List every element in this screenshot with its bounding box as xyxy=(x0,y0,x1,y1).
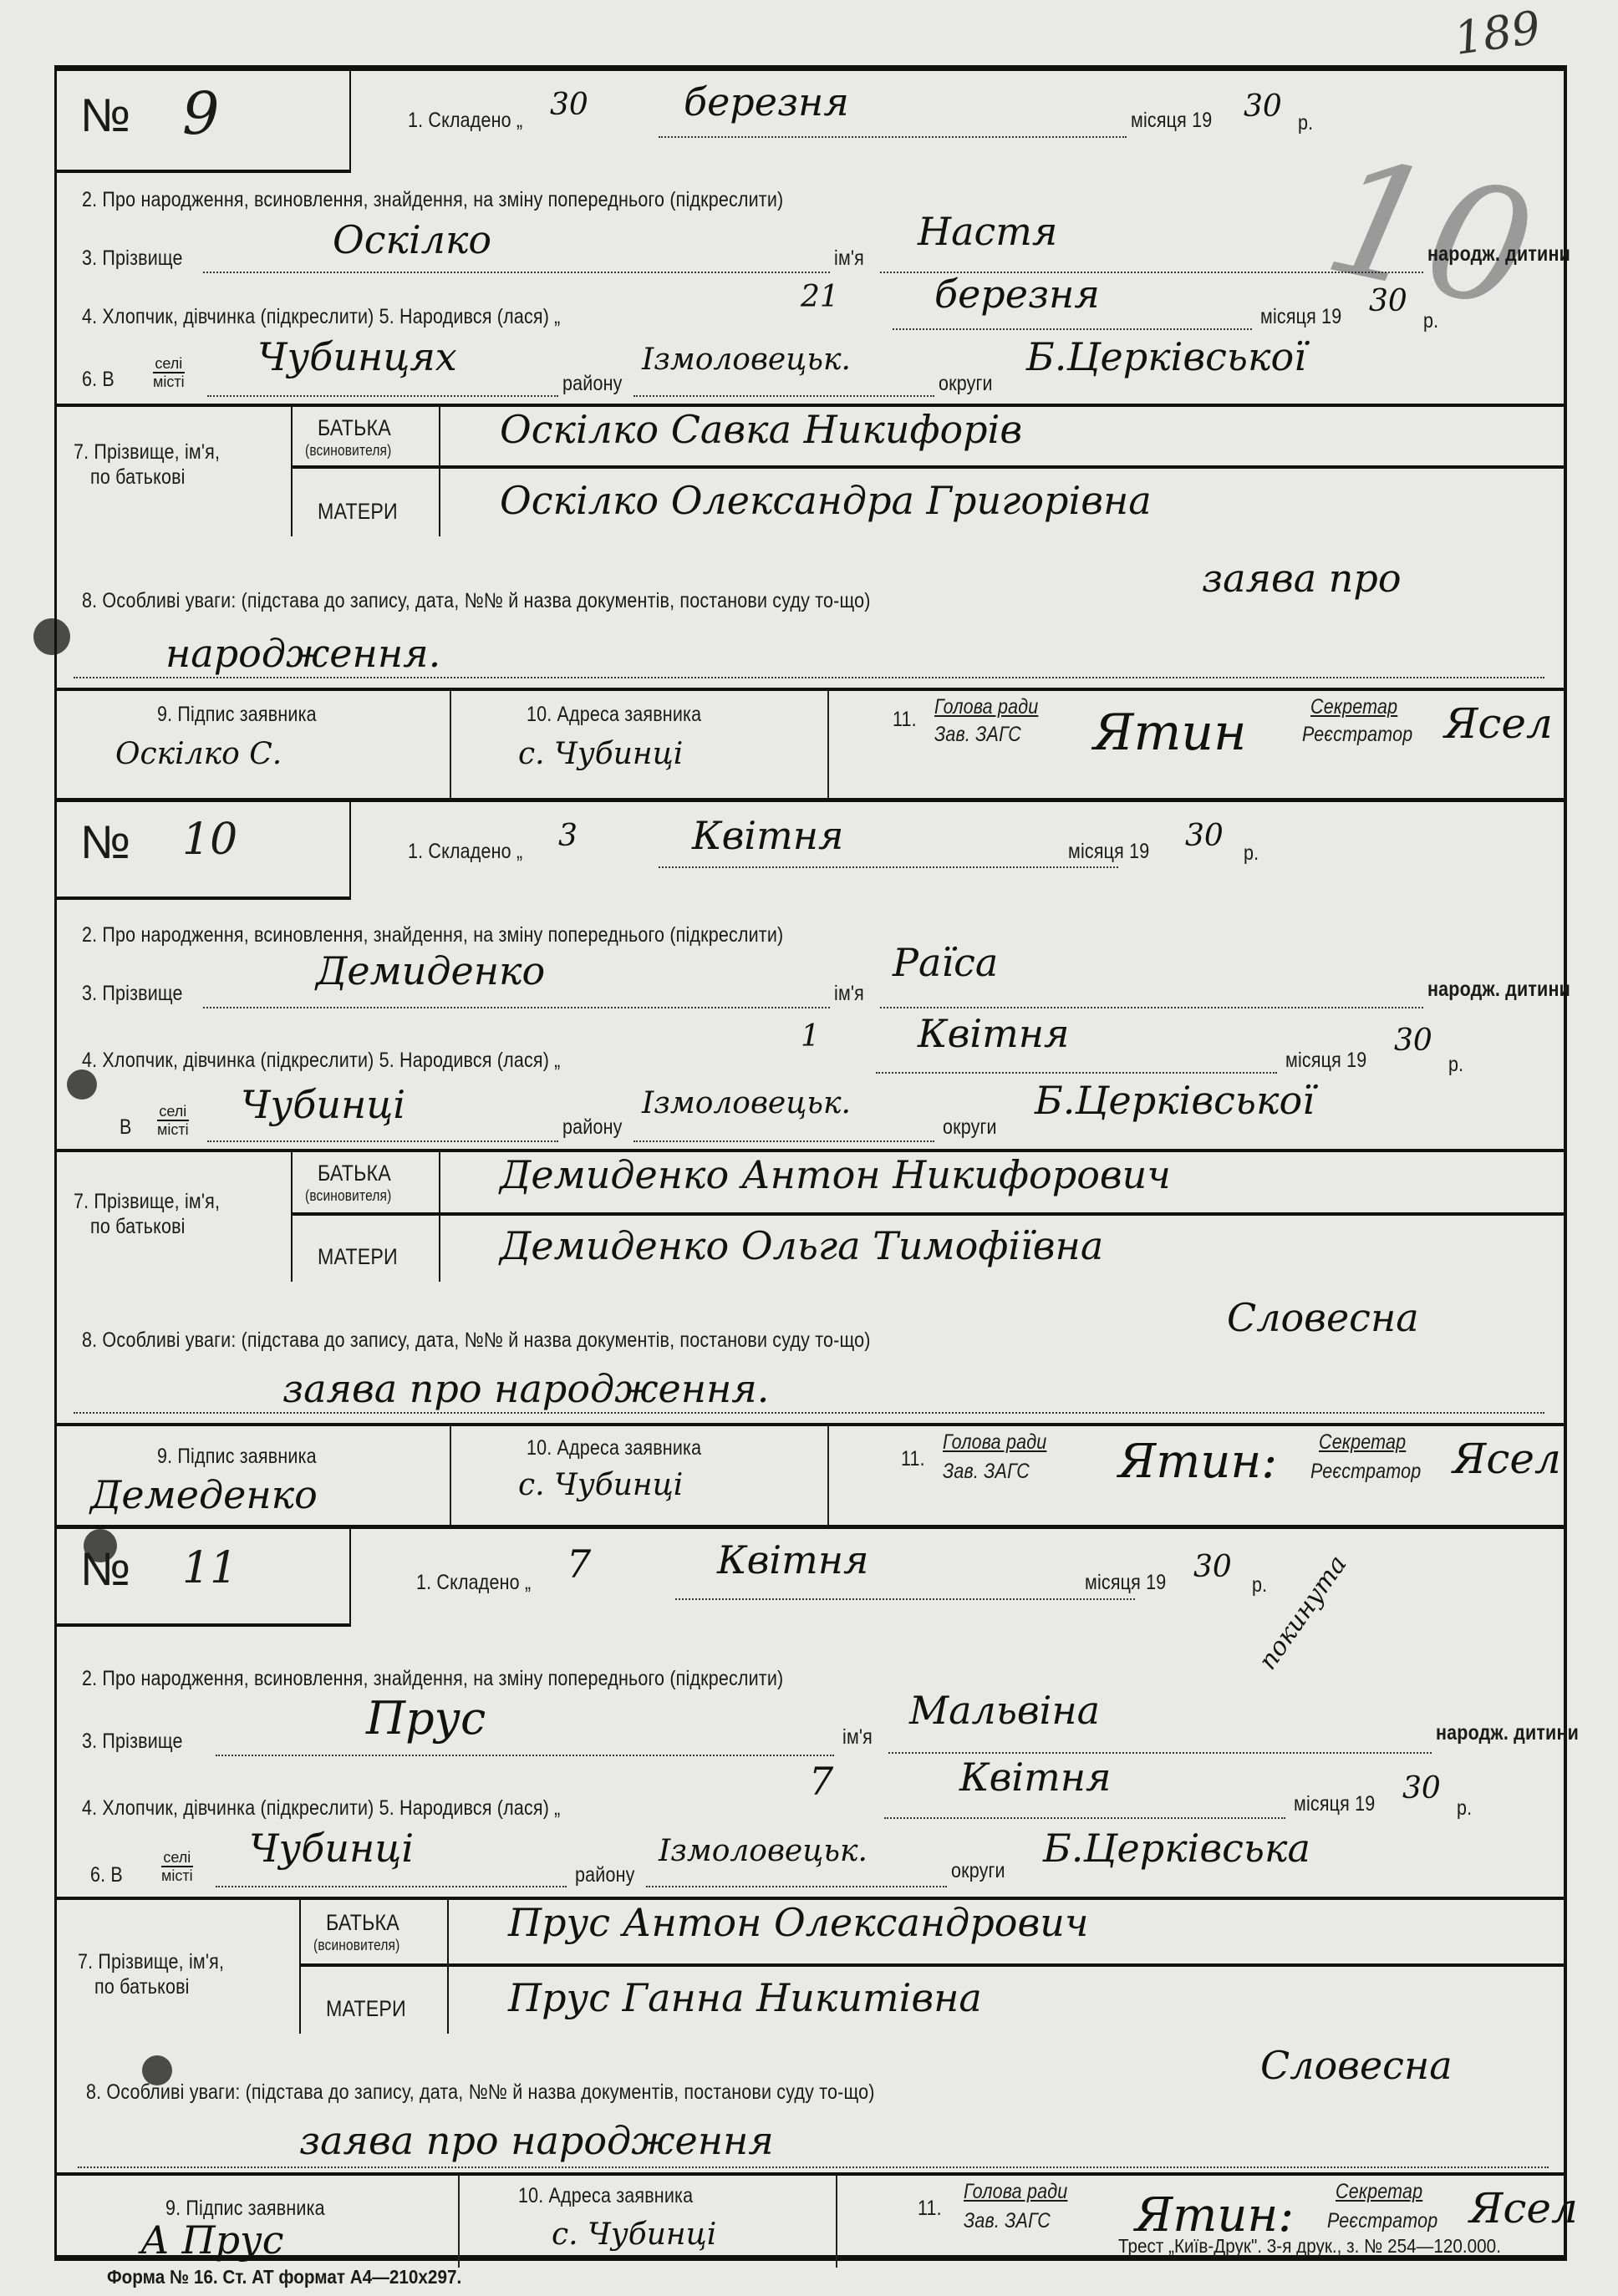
notes-line1: Словесна xyxy=(1227,1295,1419,1340)
surname-label: 3. Прізвище xyxy=(82,1730,183,1754)
year-suffix: р. xyxy=(1298,111,1313,135)
gender-label: 4. Хлопчик, дівчинка (підкреслити) 5. На… xyxy=(82,1049,561,1073)
notes-label: 8. Особливі уваги: (підстава до запису, … xyxy=(82,1328,871,1353)
father-value: Демиденко Антон Никифорович xyxy=(500,1152,1171,1197)
surname-value: Оскілко xyxy=(333,217,491,262)
surname-label: 3. Прізвище xyxy=(82,982,183,1006)
secretary-signature: Ясел xyxy=(1444,699,1553,748)
child-label: народж. дитини xyxy=(1427,242,1570,267)
parents-section: 7. Прізвище, ім'я, по батькові БАТЬКА (в… xyxy=(57,1149,1564,1282)
applicant-sign-value: Демеденко xyxy=(90,1472,318,1517)
mother-label: МАТЕРИ xyxy=(318,1244,398,1270)
head-label: Голова ради xyxy=(934,695,1038,719)
form-footer-right: Трест „Київ-Друк". 3-я друк., з. № 254—1… xyxy=(1118,2235,1501,2258)
page-number: 189 xyxy=(1451,1,1544,65)
applicant-sign-label: 9. Підпис заявника xyxy=(157,703,317,727)
mother-label: МАТЕРИ xyxy=(318,499,398,525)
child-label: народж. дитини xyxy=(1436,1721,1579,1745)
surname-label: 3. Прізвище xyxy=(82,246,183,271)
applicant-address-value: с. Чубинці xyxy=(552,2217,716,2252)
notes-line1: Словесна xyxy=(1260,2043,1453,2088)
birth-year: 30 xyxy=(1369,284,1407,318)
mother-value: Оскілко Олександра Григорівна xyxy=(500,478,1152,523)
notes-line2: народження. xyxy=(165,631,440,676)
name-label: ім'я xyxy=(842,1725,873,1750)
gender-label: 4. Хлопчик, дівчинка (підкреслити) 5. На… xyxy=(82,1796,561,1821)
in-label: 6. В xyxy=(82,368,114,392)
fio-label: 7. Прізвище, ім'я, xyxy=(78,1950,224,1974)
applicant-address-value: с. Чубинці xyxy=(518,1468,683,1502)
mother-value: Прус Ганна Никитівна xyxy=(508,1975,982,2020)
head-label: Голова ради xyxy=(964,2180,1067,2204)
father-value: Прус Антон Олександрович xyxy=(508,1900,1089,1945)
record-number: 9 xyxy=(182,79,220,148)
applicant-sign-value: Оскілко С. xyxy=(115,737,282,771)
signatures-section: 9. Підпис заявника Оскілко С. 10. Адреса… xyxy=(57,688,1564,801)
district-label: району xyxy=(562,1115,623,1140)
notes-label: 8. Особливі уваги: (підстава до запису, … xyxy=(82,589,871,613)
composed-year: 30 xyxy=(1185,819,1224,853)
number-sign: № xyxy=(80,88,130,142)
village-town-fraction: селі місті xyxy=(161,1849,193,1884)
in-label: 6. В xyxy=(90,1863,123,1887)
zags-label: Зав. ЗАГС xyxy=(934,723,1021,747)
year-suffix: р. xyxy=(1457,1796,1472,1821)
composed-day: 30 xyxy=(550,88,588,122)
number-sign: № xyxy=(80,815,130,869)
composed-label: 1. Складено „ xyxy=(408,109,522,133)
birth-year: 30 xyxy=(1402,1771,1441,1806)
mother-label: МАТЕРИ xyxy=(326,1996,406,2022)
name-value: Настя xyxy=(918,209,1057,254)
father-sub-label: (всиновителя) xyxy=(313,1937,399,1954)
applicant-address-label: 10. Адреса заявника xyxy=(527,703,701,727)
parents-section: 7. Прізвище, ім'я, по батькові БАТЬКА (в… xyxy=(57,1897,1564,2034)
year-suffix: р. xyxy=(1423,309,1438,333)
record-number: 11 xyxy=(182,1543,237,1593)
applicant-address-label: 10. Адреса заявника xyxy=(527,1436,701,1460)
birth-month: березня xyxy=(934,272,1100,317)
okrug-label: округи xyxy=(939,372,993,396)
birth-month-year-label: місяця 19 xyxy=(1285,1049,1366,1073)
record-number-box: № 11 xyxy=(57,1525,351,1627)
birth-day: 7 xyxy=(809,1759,833,1804)
applicant-address-label: 10. Адреса заявника xyxy=(518,2184,693,2208)
head-label: Голова ради xyxy=(943,1430,1046,1455)
applicant-address-value: с. Чубинці xyxy=(518,737,683,771)
okrug-value: Б.Церківської xyxy=(1026,334,1306,379)
district-label: району xyxy=(562,372,623,396)
mother-value: Демиденко Ольга Тимофіївна xyxy=(500,1223,1103,1268)
notes-line1: заява про xyxy=(1202,556,1402,601)
notes-line2: заява про народження. xyxy=(282,1366,769,1411)
father-value: Оскілко Савка Никифорів xyxy=(500,407,1022,452)
gender-label: 4. Хлопчик, дівчинка (підкреслити) 5. На… xyxy=(82,305,561,329)
village-value: Чубинці xyxy=(241,1082,405,1127)
head-signature: Ятин xyxy=(1093,704,1247,762)
okrug-label: округи xyxy=(951,1859,1005,1883)
head-signature: Ятин: xyxy=(1118,1435,1277,1489)
record-number: 10 xyxy=(182,815,237,865)
item11-label: 11. xyxy=(918,2197,942,2221)
name-value: Мальвіна xyxy=(909,1688,1100,1733)
fio2-label: по батькові xyxy=(90,1215,186,1239)
secretary-label: Секретар xyxy=(1310,695,1397,719)
district-label: району xyxy=(575,1863,635,1887)
applicant-sign-value: А Прус xyxy=(140,2217,283,2263)
registrar-label: Реєстратор xyxy=(1302,723,1412,747)
composed-month: березня xyxy=(684,79,849,124)
village-town-fraction: селі місті xyxy=(153,355,185,390)
composed-day: 3 xyxy=(558,819,577,853)
fio2-label: по батькові xyxy=(90,465,186,490)
composed-label: 1. Складено „ xyxy=(408,840,522,864)
district-value: Ізмоловецьк. xyxy=(642,1086,851,1120)
birth-month-year-label: місяця 19 xyxy=(1260,305,1341,329)
record-number-box: № 10 xyxy=(57,798,351,900)
registrar-label: Реєстратор xyxy=(1327,2209,1437,2233)
month-year-label: місяця 19 xyxy=(1068,840,1149,864)
composed-year: 30 xyxy=(1193,1550,1232,1584)
surname-value: Прус xyxy=(366,1692,486,1745)
birth-day: 21 xyxy=(801,280,839,314)
birth-year: 30 xyxy=(1394,1024,1432,1058)
okrug-value: Б.Церківська xyxy=(1043,1826,1310,1871)
father-label: БАТЬКА xyxy=(318,1161,391,1186)
notes-label: 8. Особливі уваги: (підстава до запису, … xyxy=(86,2080,875,2105)
fio-label: 7. Прізвище, ім'я, xyxy=(74,440,220,465)
okrug-value: Б.Церківської xyxy=(1035,1078,1315,1123)
year-suffix: р. xyxy=(1244,841,1259,866)
number-sign: № xyxy=(80,1542,130,1596)
secretary-signature: Ясел xyxy=(1469,2184,1578,2233)
village-value: Чубинці xyxy=(249,1826,414,1871)
about-label: 2. Про народження, всиновлення, знайденн… xyxy=(82,1667,783,1691)
composed-day: 7 xyxy=(567,1542,591,1587)
registry-record: № 11 1. Складено „ 7 Квітня місяця 19 30… xyxy=(57,1525,1564,2260)
birth-month-year-label: місяця 19 xyxy=(1294,1792,1375,1816)
fio-label: 7. Прізвище, ім'я, xyxy=(74,1190,220,1214)
registry-record: № 9 1. Складено „ 30 березня місяця 19 3… xyxy=(57,71,1564,798)
about-label: 2. Про народження, всиновлення, знайденн… xyxy=(82,923,783,947)
child-label: народж. дитини xyxy=(1427,978,1570,1002)
month-year-label: місяця 19 xyxy=(1131,109,1212,133)
composed-label: 1. Складено „ xyxy=(416,1571,531,1595)
secretary-label: Секретар xyxy=(1319,1430,1406,1455)
father-label: БАТЬКА xyxy=(326,1910,399,1936)
parents-section: 7. Прізвище, ім'я, по батькові БАТЬКА (в… xyxy=(57,404,1564,536)
registry-form-frame: № 9 1. Складено „ 30 березня місяця 19 3… xyxy=(54,65,1567,2261)
surname-value: Демиденко xyxy=(316,948,545,993)
name-label: ім'я xyxy=(834,982,864,1006)
notes-line2: заява про народження xyxy=(299,2118,774,2163)
registrar-label: Реєстратор xyxy=(1310,1460,1421,1484)
birth-month: Квітня xyxy=(918,1011,1069,1056)
village-town-fraction: селі місті xyxy=(157,1103,189,1138)
in-label: В xyxy=(120,1115,132,1140)
district-value: Ізмоловецьк. xyxy=(642,343,851,377)
record-number-box: № 9 xyxy=(57,71,351,173)
father-sub-label: (всиновителя) xyxy=(305,1187,391,1205)
name-value: Раїса xyxy=(893,940,998,985)
signatures-section: 9. Підпис заявника Демеденко 10. Адреса … xyxy=(57,1423,1564,1528)
item11-label: 11. xyxy=(901,1447,925,1471)
fio2-label: по батькові xyxy=(94,1975,190,1999)
secretary-label: Секретар xyxy=(1336,2180,1422,2204)
birth-month: Квітня xyxy=(959,1755,1111,1800)
item11-label: 11. xyxy=(893,708,917,732)
zags-label: Зав. ЗАГС xyxy=(943,1460,1030,1484)
composed-year: 30 xyxy=(1244,89,1282,124)
father-sub-label: (всиновителя) xyxy=(305,442,391,460)
district-value: Ізмоловецьк. xyxy=(659,1834,868,1868)
applicant-sign-label: 9. Підпис заявника xyxy=(157,1445,317,1469)
name-label: ім'я xyxy=(834,246,864,271)
secretary-signature: Ясел xyxy=(1453,1435,1561,1483)
registry-record: № 10 1. Складено „ 3 Квітня місяця 19 30… xyxy=(57,798,1564,1525)
zags-label: Зав. ЗАГС xyxy=(964,2209,1051,2233)
about-label: 2. Про народження, всиновлення, знайденн… xyxy=(82,188,783,212)
father-label: БАТЬКА xyxy=(318,415,391,441)
name-note: покинута xyxy=(1253,1550,1352,1675)
form-footer-left: Форма № 16. Ст. АТ формат А4—210x297. xyxy=(107,2266,461,2288)
month-year-label: місяця 19 xyxy=(1085,1571,1166,1595)
birth-day: 1 xyxy=(801,1019,820,1054)
year-suffix: р. xyxy=(1252,1573,1267,1598)
composed-month: Квітня xyxy=(717,1537,868,1582)
village-value: Чубинцях xyxy=(257,334,457,379)
composed-month: Квітня xyxy=(692,813,843,858)
year-suffix: р. xyxy=(1448,1053,1463,1077)
okrug-label: округи xyxy=(943,1115,997,1140)
